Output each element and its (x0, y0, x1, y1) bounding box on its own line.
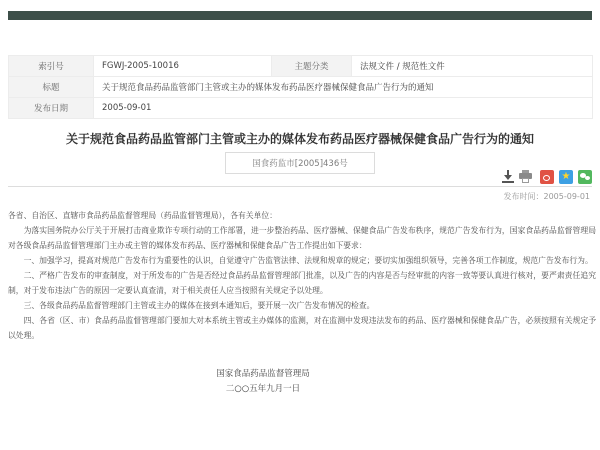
qzone-star-icon: ★ (559, 170, 573, 184)
qzone-share-button[interactable]: ★ (559, 170, 573, 184)
publish-date-label: 发布日期 (9, 98, 94, 119)
title-label: 标题 (9, 77, 94, 98)
publish-time: 发布时间：2005-09-01 (504, 191, 591, 202)
header-divider (8, 186, 592, 187)
article-toolbar: ★ (497, 169, 592, 184)
paragraph: 二、严格广告发布的审查制度，对于所发布的广告是否经过食品药品监督管理部门批准，以… (8, 268, 596, 298)
weibo-share-button[interactable] (540, 170, 554, 184)
paragraph: 四、各省（区、市）食品药品监督管理部门要加大对本系统主管或主办媒体的监测，对在监… (8, 313, 596, 343)
document-body: 各省、自治区、直辖市食品药品监督管理局（药品监督管理局），各有关单位： 为落实国… (8, 208, 596, 343)
wechat-share-button[interactable] (578, 170, 592, 184)
signature-date: 二○○五年九月一日 (0, 382, 526, 397)
doc-number: 国食药监市[2005]436号 (225, 152, 375, 174)
weibo-icon (543, 175, 550, 181)
paragraph: 为落实国务院办公厅关于开展打击商业欺诈专项行动的工作部署，进一步整治药品、医疗器… (8, 223, 596, 253)
page-title: 关于规范食品药品监管部门主管或主办的媒体发布药品医疗器械保健食品广告行为的通知 (0, 130, 600, 147)
table-row: 索引号 FGWJ-2005-10016 主题分类 法规文件 / 规范性文件 (9, 56, 593, 77)
title-value: 关于规范食品药品监管部门主管或主办的媒体发布药品医疗器械保健食品广告行为的通知 (94, 77, 593, 98)
paragraph: 一、加强学习，提高对规范广告发布行为重要性的认识，自觉遵守广告监管法律、法规和规… (8, 253, 596, 268)
subject-category-value: 法规文件 / 规范性文件 (352, 56, 593, 77)
table-row: 发布日期 2005-09-01 (9, 98, 593, 119)
signature-block: 国家食品药品监督管理局 二○○五年九月一日 (0, 367, 526, 397)
document-meta-table: 索引号 FGWJ-2005-10016 主题分类 法规文件 / 规范性文件 标题… (8, 55, 593, 119)
signature-org: 国家食品药品监督管理局 (0, 367, 526, 382)
print-button[interactable] (519, 170, 532, 183)
subject-category-label: 主题分类 (272, 56, 352, 77)
download-button[interactable] (502, 170, 514, 183)
publish-date-value: 2005-09-01 (94, 98, 593, 119)
paragraph: 三、各级食品药品监督管理部门主管或主办的媒体在接到本通知后，要开展一次广告发布情… (8, 298, 596, 313)
index-number-value: FGWJ-2005-10016 (94, 56, 272, 77)
publish-time-label: 发布时间： (504, 192, 544, 201)
top-navigation-bar (8, 11, 592, 20)
addressee-line: 各省、自治区、直辖市食品药品监督管理局（药品监督管理局），各有关单位： (8, 208, 596, 223)
document-page: 索引号 FGWJ-2005-10016 主题分类 法规文件 / 规范性文件 标题… (0, 0, 600, 450)
publish-time-value: 2005-09-01 (544, 192, 591, 201)
table-row: 标题 关于规范食品药品监管部门主管或主办的媒体发布药品医疗器械保健食品广告行为的… (9, 77, 593, 98)
index-number-label: 索引号 (9, 56, 94, 77)
